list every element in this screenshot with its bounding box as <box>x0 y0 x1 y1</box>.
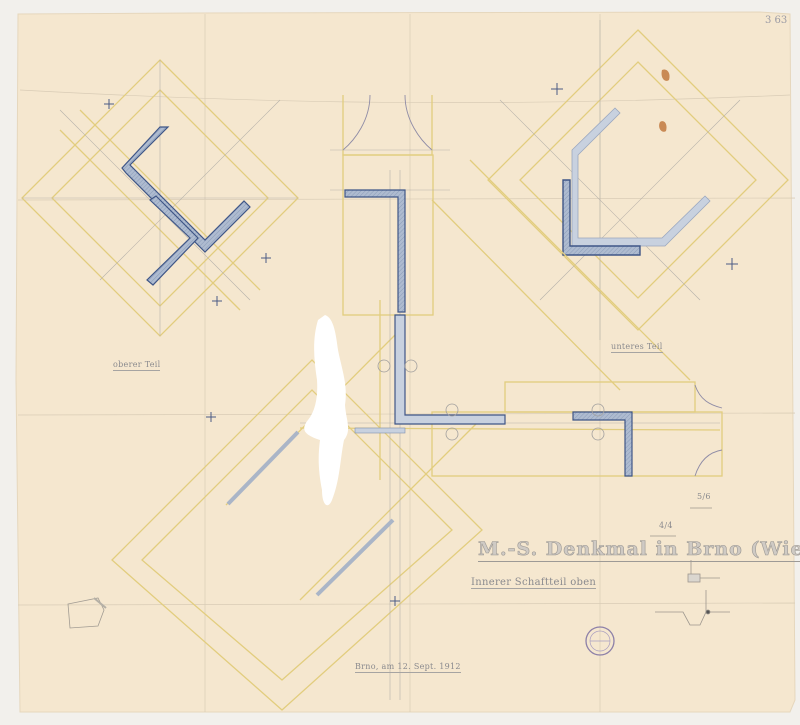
date-note: Brno, am 12. Sept. 1912 <box>355 663 461 673</box>
label-upper-right-plan: unteres Teil <box>611 343 663 353</box>
page-number: 3 63 <box>765 15 787 26</box>
drawing-sheet: 3 63 oberer Teil unteres Teil M.-S. Denk… <box>0 0 800 725</box>
fraction-1: 5/6 <box>697 493 711 502</box>
drawing-title: M.-S. Denkmal in Brno (Wien?) Stahlkonst… <box>478 540 800 562</box>
archive-stamp <box>586 627 614 655</box>
label-upper-left-plan: oberer Teil <box>113 361 160 371</box>
fraction-2: 4/4 <box>659 522 673 531</box>
drawing-subtitle: Innerer Schaftteil oben <box>471 577 596 589</box>
